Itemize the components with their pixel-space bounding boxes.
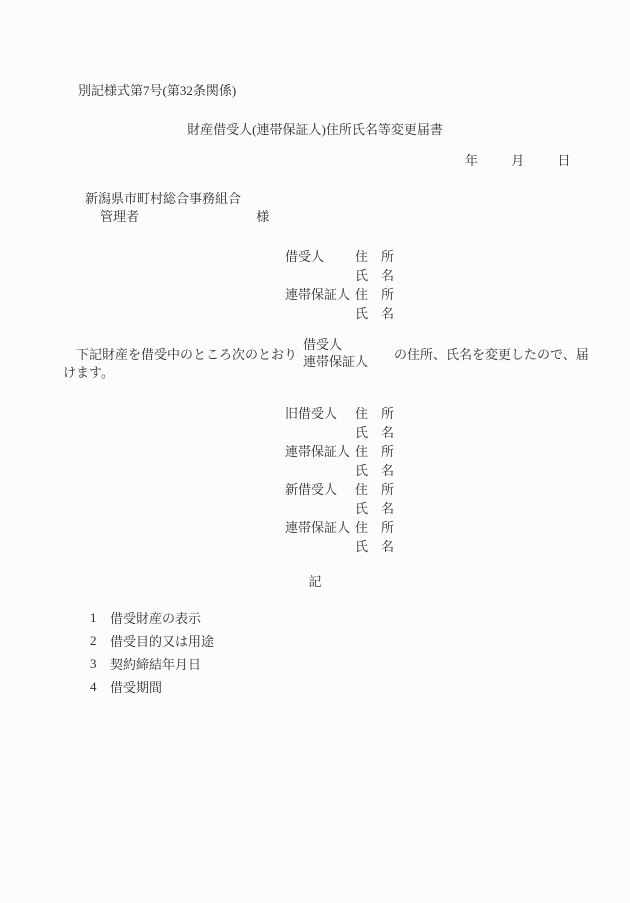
addressee-role: 管理者 xyxy=(100,209,139,224)
list-item-number: 1 xyxy=(90,610,110,626)
party-role-label: 旧借受人 xyxy=(285,403,355,422)
list-item-number: 2 xyxy=(90,633,110,649)
list-item-text: 借受期間 xyxy=(110,677,162,696)
date-day-label: 日 xyxy=(558,150,571,169)
party-row: 氏 名 xyxy=(285,460,394,479)
address-field-label: 住 所 xyxy=(355,479,394,498)
party-role-label: 連帯保証人 xyxy=(285,441,355,460)
address-field-label: 住 所 xyxy=(355,246,394,265)
address-field-label: 住 所 xyxy=(355,441,394,460)
list-item-number: 3 xyxy=(90,656,110,672)
list-item: 3 契約締結年月日 xyxy=(90,652,214,675)
party-row: 新借受人 住 所 xyxy=(285,479,394,498)
party-row: 連帯保証人 住 所 xyxy=(285,441,394,460)
party-role-label: 連帯保証人 xyxy=(285,517,355,536)
list-item: 4 借受期間 xyxy=(90,675,214,698)
address-field-label: 住 所 xyxy=(355,403,394,422)
name-field-label: 氏 名 xyxy=(355,303,394,322)
party-role-label: 借受人 xyxy=(285,246,355,265)
party-row: 連帯保証人 住 所 xyxy=(285,517,394,536)
addressee-organization: 新潟県市町村総合事務組合 xyxy=(85,188,241,207)
party-block-top: 借受人 住 所 氏 名 連帯保証人 住 所 氏 名 xyxy=(285,246,394,322)
party-row: 氏 名 xyxy=(285,265,394,284)
list-item-number: 4 xyxy=(90,679,110,695)
name-field-label: 氏 名 xyxy=(355,498,394,517)
date-year-label: 年 xyxy=(465,150,478,169)
body-text-after: の住所、氏名を変更したので、届 xyxy=(394,344,589,363)
document-page: 別記様式第7号(第32条関係) 財産借受人(連帯保証人)住所氏名等変更届書 年 … xyxy=(0,0,630,903)
list-item: 2 借受目的又は用途 xyxy=(90,629,214,652)
date-month-label: 月 xyxy=(511,150,524,169)
name-field-label: 氏 名 xyxy=(355,460,394,479)
form-number: 別記様式第7号(第32条関係) xyxy=(78,80,236,99)
party-choice-guarantor: 連帯保証人 xyxy=(303,353,368,370)
addressee-role-line: 管理者 様 xyxy=(100,206,269,225)
body-text-before: 下記財産を借受中のところ次のとおり xyxy=(63,344,297,363)
party-choice-borrower: 借受人 xyxy=(303,336,368,353)
body-paragraph-line1: 下記財産を借受中のところ次のとおり 借受人 連帯保証人 の住所、氏名を変更したの… xyxy=(63,336,589,370)
address-field-label: 住 所 xyxy=(355,284,394,303)
party-row: 連帯保証人 住 所 xyxy=(285,284,394,303)
party-role-label: 新借受人 xyxy=(285,479,355,498)
party-row: 氏 名 xyxy=(285,536,394,555)
list-item-text: 借受目的又は用途 xyxy=(110,631,214,650)
list-item: 1 借受財産の表示 xyxy=(90,606,214,629)
body-paragraph-line2: けます。 xyxy=(63,362,114,381)
party-row: 旧借受人 住 所 xyxy=(285,403,394,422)
party-role-label: 連帯保証人 xyxy=(285,284,355,303)
addressee-honorific: 様 xyxy=(256,209,269,224)
date-line: 年 月 日 xyxy=(465,150,571,169)
name-field-label: 氏 名 xyxy=(355,422,394,441)
list-item-text: 契約締結年月日 xyxy=(110,654,201,673)
party-row: 氏 名 xyxy=(285,422,394,441)
document-title: 財産借受人(連帯保証人)住所氏名等変更届書 xyxy=(0,119,630,138)
name-field-label: 氏 名 xyxy=(355,536,394,555)
record-heading: 記 xyxy=(0,571,630,590)
party-row: 借受人 住 所 xyxy=(285,246,394,265)
party-row: 氏 名 xyxy=(285,498,394,517)
address-field-label: 住 所 xyxy=(355,517,394,536)
name-field-label: 氏 名 xyxy=(355,265,394,284)
list-item-text: 借受財産の表示 xyxy=(110,608,201,627)
party-block-bottom: 旧借受人 住 所 氏 名 連帯保証人 住 所 氏 名 新借受人 住 所 氏 名 … xyxy=(285,403,394,555)
party-row: 氏 名 xyxy=(285,303,394,322)
record-item-list: 1 借受財産の表示 2 借受目的又は用途 3 契約締結年月日 4 借受期間 xyxy=(90,606,214,698)
party-choice-stack: 借受人 連帯保証人 xyxy=(303,336,368,370)
